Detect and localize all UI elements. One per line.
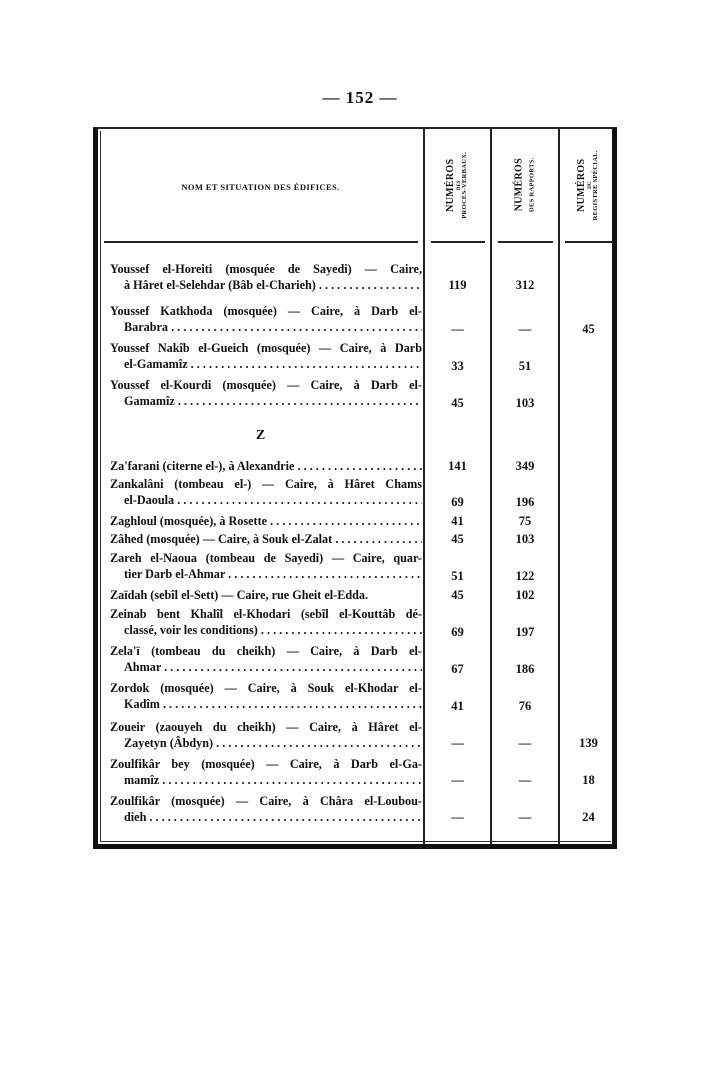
proces-verbaux-number: 51: [425, 568, 490, 584]
proces-verbaux-number: —: [425, 772, 490, 788]
proces-verbaux-number: 45: [425, 531, 490, 547]
proces-verbaux-number: 33: [425, 358, 490, 374]
header-registre-special: NUMÉROS DU REGISTRE SPÉCIAL.: [560, 129, 617, 241]
section-letter-heading: Z: [98, 428, 423, 444]
proces-verbaux-number: 69: [425, 624, 490, 640]
edifice-name: Zaghloul (mosquée), à Rosette: [110, 513, 422, 529]
edifice-name-line2: el-Gamamîz: [110, 356, 422, 372]
edifice-name: Zordok (mosquée) — Caire, à Souk el-Khod…: [110, 680, 422, 712]
registre-number: 139: [560, 735, 617, 751]
edifice-name-line1: Zela'ï (tombeau du cheikh) — Caire, à Da…: [110, 643, 422, 659]
rapports-number: 186: [492, 661, 558, 677]
edifice-name-line1: Zordok (mosquée) — Caire, à Souk el-Khod…: [110, 680, 422, 696]
edifice-name-line2: classé, voir les conditions): [110, 622, 422, 638]
rapports-number: —: [492, 735, 558, 751]
edifice-name-line2: Zayetyn (Âbdyn): [110, 735, 422, 751]
edifice-name: Zoulfikâr (mosquée) — Caire, à Châra el-…: [110, 793, 422, 825]
edifice-name-line2: mamîz: [110, 772, 422, 788]
registre-number: 45: [560, 321, 617, 337]
edifices-table: NOM ET SITUATION DES ÉDIFICES. NUMÉROS D…: [93, 127, 617, 849]
header-separator: [498, 241, 553, 243]
edifice-name: Youssef el-Kourdi (mosquée) — Caire, à D…: [110, 377, 422, 409]
edifice-name-line1: Zaïdah (sebîl el-Sett) — Caire, rue Ghei…: [110, 587, 422, 603]
proces-verbaux-number: 119: [425, 277, 490, 293]
rapports-number: 51: [492, 358, 558, 374]
edifice-name-line1: Za'farani (citerne el-), à Alexandrie: [110, 458, 422, 474]
header-name-situation: NOM ET SITUATION DES ÉDIFICES.: [98, 129, 423, 241]
proces-verbaux-number: —: [425, 735, 490, 751]
edifice-name-line1: Zoueir (zaouyeh du cheikh) — Caire, à Hâ…: [110, 719, 422, 735]
rapports-number: 122: [492, 568, 558, 584]
header-registre-line1: NUMÉROS: [577, 150, 588, 220]
proces-verbaux-number: 141: [425, 458, 490, 474]
header-rapports-line2: DES RAPPORTS.: [529, 158, 536, 213]
edifice-name: Zâhed (mosquée) — Caire, à Souk el-Zalat: [110, 531, 422, 547]
header-separator: [565, 241, 612, 243]
rapports-number: 196: [492, 494, 558, 510]
header-rapports-line1: NUMÉROS: [514, 158, 525, 213]
edifice-name: Youssef Nakîb el-Gueich (mosquée) — Cair…: [110, 340, 422, 372]
edifice-name-line1: Zaghloul (mosquée), à Rosette: [110, 513, 422, 529]
rapports-number: 312: [492, 277, 558, 293]
header-rapports: NUMÉROS DES RAPPORTS.: [492, 129, 558, 241]
proces-verbaux-number: —: [425, 321, 490, 337]
header-proces-verbaux-line3: PROCÈS-VERBAUX.: [462, 152, 469, 219]
rapports-number: 349: [492, 458, 558, 474]
edifice-name-line1: Zâhed (mosquée) — Caire, à Souk el-Zalat: [110, 531, 422, 547]
edifice-name-line1: Zankalâni (tombeau el-) — Caire, à Hâret…: [110, 476, 422, 492]
edifice-name: Zoueir (zaouyeh du cheikh) — Caire, à Hâ…: [110, 719, 422, 751]
edifice-name: Youssef el-Horeiti (mosquée de Sayedi) —…: [110, 261, 422, 293]
rapports-number: 197: [492, 624, 558, 640]
proces-verbaux-number: 45: [425, 395, 490, 411]
proces-verbaux-number: 41: [425, 513, 490, 529]
proces-verbaux-number: 41: [425, 698, 490, 714]
edifice-name-line1: Zareh el-Naoua (tombeau de Sayedi) — Cai…: [110, 550, 422, 566]
registre-number: 24: [560, 809, 617, 825]
registre-number: 18: [560, 772, 617, 788]
edifice-name: Za'farani (citerne el-), à Alexandrie: [110, 458, 422, 474]
edifice-name-line1: Youssef Nakîb el-Gueich (mosquée) — Cair…: [110, 340, 422, 356]
edifice-name-line2: Gamamîz: [110, 393, 422, 409]
edifice-name: Zoulfikâr bey (mosquée) — Caire, à Darb …: [110, 756, 422, 788]
header-separator: [431, 241, 485, 243]
edifice-name-line1: Youssef el-Horeiti (mosquée de Sayedi) —…: [110, 261, 422, 277]
edifice-name-line2: Kadîm: [110, 696, 422, 712]
page-number: — 152 —: [0, 88, 720, 108]
edifice-name-line2: el-Daoula: [110, 492, 422, 508]
edifice-name: Zeinab bent Khalîl el-Khodari (sebîl el-…: [110, 606, 422, 638]
edifice-name-line1: Zoulfikâr bey (mosquée) — Caire, à Darb …: [110, 756, 422, 772]
header-proces-verbaux: NUMÉROS DES PROCÈS-VERBAUX.: [425, 129, 490, 241]
edifice-name-line1: Youssef Katkhoda (mosquée) — Caire, à Da…: [110, 303, 422, 319]
rapports-number: —: [492, 809, 558, 825]
edifice-name-line2: tier Darb el-Ahmar: [110, 566, 422, 582]
header-separator: [104, 241, 418, 243]
proces-verbaux-number: 45: [425, 587, 490, 603]
edifice-name-line2: à Hâret el-Selehdar (Bâb el-Charieh): [110, 277, 422, 293]
edifice-name: Youssef Katkhoda (mosquée) — Caire, à Da…: [110, 303, 422, 335]
header-proces-verbaux-line1: NUMÉROS: [446, 152, 457, 219]
rapports-number: —: [492, 772, 558, 788]
rapports-number: 103: [492, 531, 558, 547]
edifice-name: Zela'ï (tombeau du cheikh) — Caire, à Da…: [110, 643, 422, 675]
edifice-name-line2: Ahmar: [110, 659, 422, 675]
edifice-name: Zankalâni (tombeau el-) — Caire, à Hâret…: [110, 476, 422, 508]
rapports-number: 76: [492, 698, 558, 714]
edifice-name-line2: dieh: [110, 809, 422, 825]
rapports-number: 75: [492, 513, 558, 529]
rapports-number: 102: [492, 587, 558, 603]
proces-verbaux-number: 69: [425, 494, 490, 510]
edifice-name-line1: Youssef el-Kourdi (mosquée) — Caire, à D…: [110, 377, 422, 393]
edifice-name-line1: Zoulfikâr (mosquée) — Caire, à Châra el-…: [110, 793, 422, 809]
header-registre-line3: REGISTRE SPÉCIAL.: [593, 150, 600, 220]
edifice-name-line1: Zeinab bent Khalîl el-Khodari (sebîl el-…: [110, 606, 422, 622]
edifice-name: Zaïdah (sebîl el-Sett) — Caire, rue Ghei…: [110, 587, 422, 603]
edifice-name-line2: Barabra: [110, 319, 422, 335]
edifice-name: Zareh el-Naoua (tombeau de Sayedi) — Cai…: [110, 550, 422, 582]
rapports-number: —: [492, 321, 558, 337]
rapports-number: 103: [492, 395, 558, 411]
proces-verbaux-number: —: [425, 809, 490, 825]
proces-verbaux-number: 67: [425, 661, 490, 677]
